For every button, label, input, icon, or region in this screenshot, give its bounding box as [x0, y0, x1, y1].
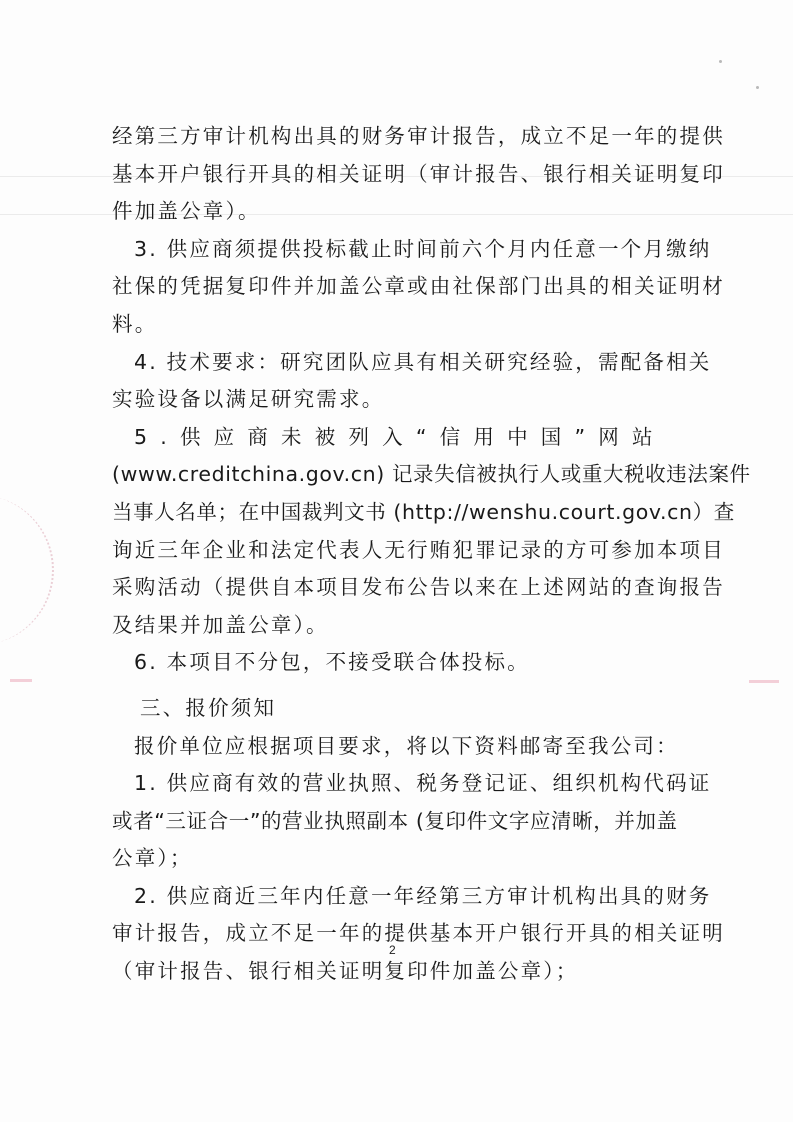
text-line: 基本开户银行开具的相关证明（审计报告、银行相关证明复印	[112, 156, 692, 194]
scan-speck	[719, 60, 722, 63]
requirement-item-6: 6. 本项目不分包，不接受联合体投标。	[112, 644, 692, 682]
text-line: (www.creditchina.gov.cn) 记录失信被执行人或重大税收违法…	[112, 456, 692, 494]
text-line: 询近三年企业和法定代表人无行贿犯罪记录的方可参加本项目	[112, 532, 692, 570]
text-line: 当事人名单；在中国裁判文书 (http://wenshu.court.gov.c…	[112, 494, 692, 532]
page-number: 2	[389, 943, 396, 957]
text-line: 件加盖公章）。	[112, 193, 692, 231]
stamp-residue	[0, 495, 54, 645]
section-quote-instructions: 三、报价须知 报价单位应根据项目要求，将以下资料邮寄至我公司： 1. 供应商有效…	[112, 690, 692, 991]
text-line: 6. 本项目不分包，不接受联合体投标。	[112, 644, 692, 682]
section-heading: 三、报价须知	[112, 690, 692, 728]
text-line: 4. 技术要求：研究团队应具有相关研究经验，需配备相关	[112, 344, 692, 382]
text-line: 社保的凭据复印件并加盖公章或由社保部门出具的相关证明材	[112, 268, 692, 306]
text-line: 经第三方审计机构出具的财务审计报告，成立不足一年的提供	[112, 118, 692, 156]
document-body: 经第三方审计机构出具的财务审计报告，成立不足一年的提供 基本开户银行开具的相关证…	[112, 118, 692, 991]
quote-item-1: 1. 供应商有效的营业执照、税务登记证、组织机构代码证 或者“三证合一”的营业执…	[112, 765, 692, 878]
text-line: 1. 供应商有效的营业执照、税务登记证、组织机构代码证	[112, 765, 692, 803]
text-line: 采购活动（提供自本项目发布公告以来在上述网站的查询报告	[112, 569, 692, 607]
text-line: 实验设备以满足研究需求。	[112, 381, 692, 419]
text-line: 3. 供应商须提供投标截止时间前六个月内任意一个月缴纳	[112, 231, 692, 269]
quote-item-2: 2. 供应商近三年内任意一年经第三方审计机构出具的财务 审计报告，成立不足一年的…	[112, 878, 692, 991]
margin-mark-right	[749, 680, 779, 683]
continuation-paragraph: 经第三方审计机构出具的财务审计报告，成立不足一年的提供 基本开户银行开具的相关证…	[112, 118, 692, 231]
text-line: 公章）；	[112, 840, 692, 878]
scan-speck	[756, 86, 759, 89]
text-line: 料。	[112, 306, 692, 344]
text-line: （审计报告、银行相关证明复印件加盖公章）；	[112, 953, 692, 991]
text-line: 2. 供应商近三年内任意一年经第三方审计机构出具的财务	[112, 878, 692, 916]
text-line: 或者“三证合一”的营业执照副本 (复印件文字应清晰，并加盖	[112, 803, 692, 841]
section-intro: 报价单位应根据项目要求，将以下资料邮寄至我公司：	[112, 728, 692, 766]
text-line: 及结果并加盖公章）。	[112, 607, 692, 645]
requirement-item-5: 5.供应商未被列入“信用中国”网站 (www.creditchina.gov.c…	[112, 419, 692, 645]
margin-mark-left	[10, 679, 32, 682]
text-line: 5.供应商未被列入“信用中国”网站	[112, 419, 692, 457]
text-line: 审计报告，成立不足一年的提供基本开户银行开具的相关证明	[112, 915, 692, 953]
document-page: 经第三方审计机构出具的财务审计报告，成立不足一年的提供 基本开户银行开具的相关证…	[0, 0, 793, 1122]
requirement-item-4: 4. 技术要求：研究团队应具有相关研究经验，需配备相关 实验设备以满足研究需求。	[112, 344, 692, 419]
requirement-item-3: 3. 供应商须提供投标截止时间前六个月内任意一个月缴纳 社保的凭据复印件并加盖公…	[112, 231, 692, 344]
section-gap	[112, 682, 692, 690]
